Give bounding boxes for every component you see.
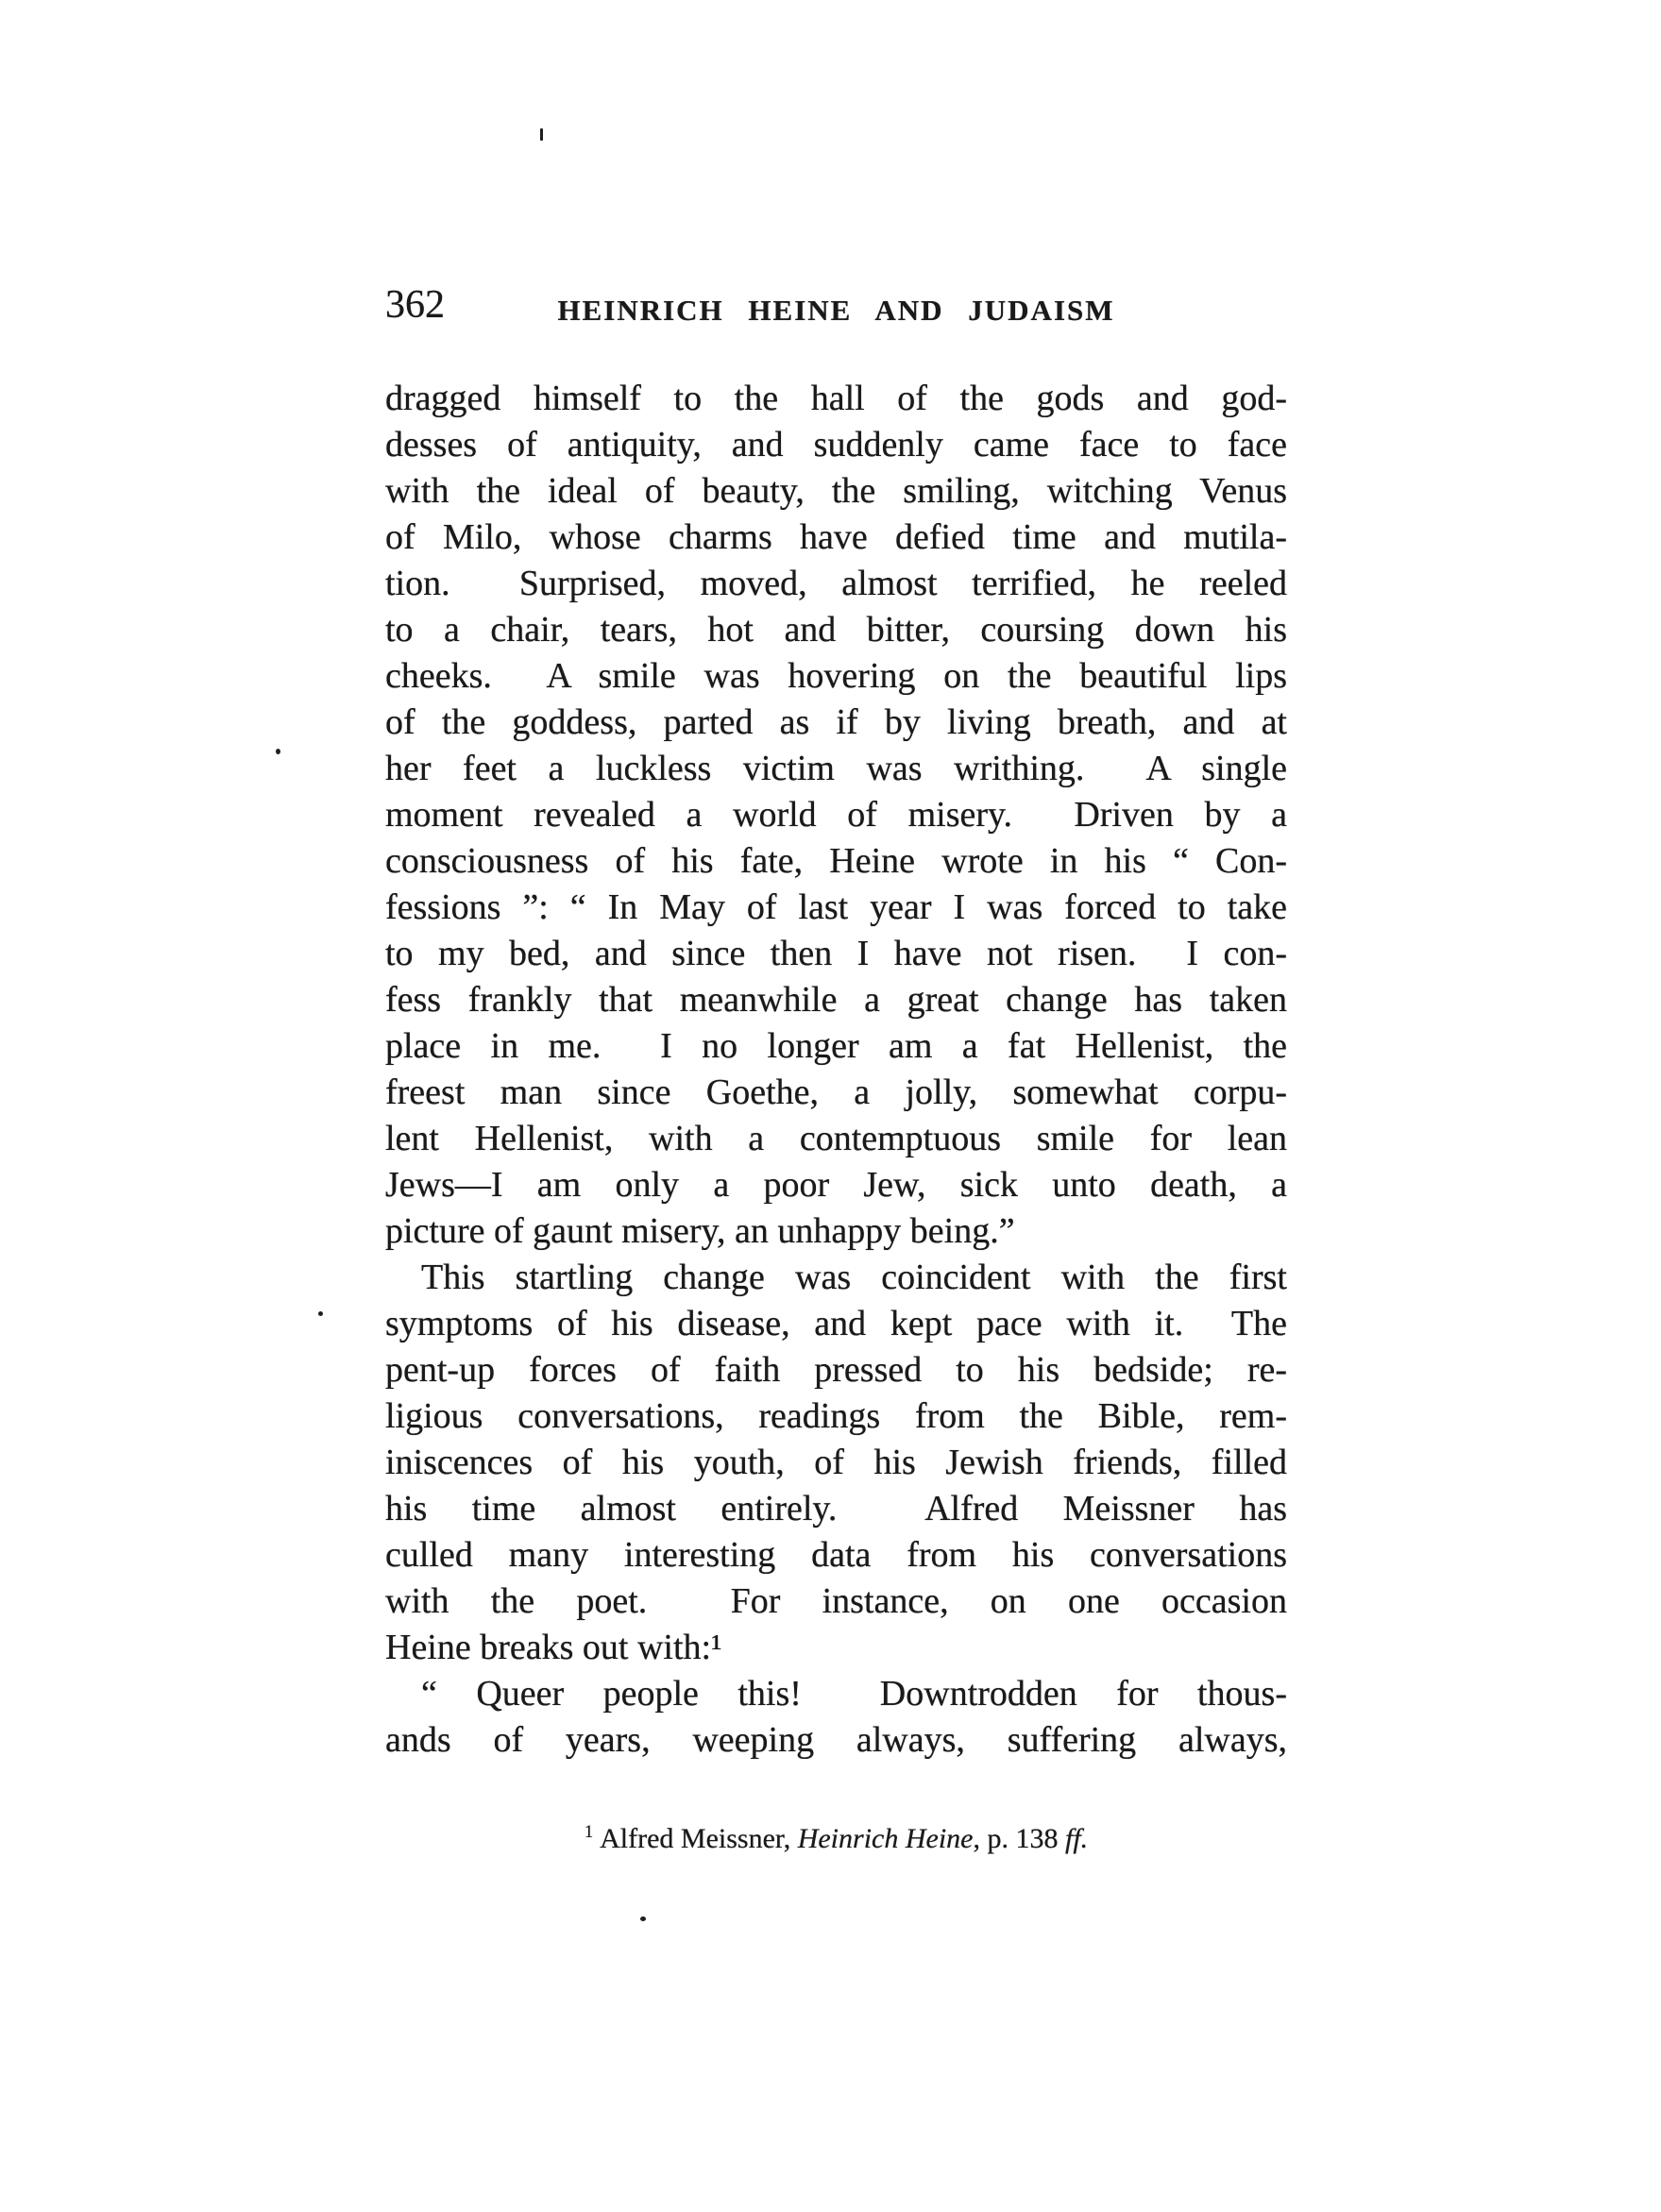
text-line: cheeks. A smile was hovering on the beau… xyxy=(385,653,1287,700)
text-line: Jews—I am only a poor Jew, sick unto dea… xyxy=(385,1162,1287,1208)
scan-artifact-dot xyxy=(276,749,280,754)
scan-artifact-dot xyxy=(640,1917,646,1921)
text-line: moment revealed a world of misery. Drive… xyxy=(385,792,1287,838)
text-line: of the goddess, parted as if by living b… xyxy=(385,700,1287,746)
text-line: to my bed, and since then I have not ris… xyxy=(385,931,1287,977)
text-line: pent-up forces of faith pressed to his b… xyxy=(385,1347,1287,1393)
text-line: to a chair, tears, hot and bitter, cours… xyxy=(385,607,1287,653)
scan-artifact-mark xyxy=(540,128,543,141)
text-line: “ Queer people this! Downtrodden for tho… xyxy=(385,1671,1287,1717)
text-line: culled many interesting data from his co… xyxy=(385,1532,1287,1579)
text-line: fessions ”: “ In May of last year I was … xyxy=(385,885,1287,931)
page-header: 362 HEINRICH HEINE AND JUDAISM xyxy=(385,283,1287,336)
text-line: of Milo, whose charms have defied time a… xyxy=(385,515,1287,561)
text-line: symptoms of his disease, and kept pace w… xyxy=(385,1301,1287,1347)
text-line: ligious conversations, readings from the… xyxy=(385,1393,1287,1440)
footnote-page-ref: , p. 138 xyxy=(973,1823,1065,1854)
text-line: This startling change was coincident wit… xyxy=(385,1255,1287,1301)
footnote-marker: 1 xyxy=(585,1822,593,1842)
footnote-ff: ff. xyxy=(1065,1823,1088,1854)
scan-artifact-dot xyxy=(318,1311,323,1316)
text-line: place in me. I no longer am a fat Hellen… xyxy=(385,1023,1287,1070)
text-line: with the poet. For instance, on one occa… xyxy=(385,1579,1287,1625)
text-line: dragged himself to the hall of the gods … xyxy=(385,376,1287,422)
running-head: HEINRICH HEINE AND JUDAISM xyxy=(385,295,1287,327)
footnote: 1Alfred Meissner, Heinrich Heine, p. 138… xyxy=(385,1815,1287,1857)
text-line: lent Hellenist, with a contemptuous smil… xyxy=(385,1116,1287,1162)
text-line: Heine breaks out with:¹ xyxy=(385,1625,1287,1671)
book-page: 362 HEINRICH HEINE AND JUDAISM dragged h… xyxy=(0,0,1661,2212)
text-line: ands of years, weeping always, suffering… xyxy=(385,1717,1287,1764)
text-line: with the ideal of beauty, the smiling, w… xyxy=(385,468,1287,515)
footnote-author: Alfred Meissner, xyxy=(600,1823,798,1854)
text-line: consciousness of his fate, Heine wrote i… xyxy=(385,838,1287,885)
body-text: dragged himself to the hall of the gods … xyxy=(385,376,1287,1764)
text-line: his time almost entirely. Alfred Meissne… xyxy=(385,1486,1287,1532)
text-line: picture of gaunt misery, an unhappy bein… xyxy=(385,1208,1287,1255)
text-line: fess frankly that meanwhile a great chan… xyxy=(385,977,1287,1023)
text-line: her feet a luckless victim was writhing.… xyxy=(385,746,1287,792)
text-line: freest man since Goethe, a jolly, somewh… xyxy=(385,1070,1287,1116)
text-line: iniscences of his youth, of his Jewish f… xyxy=(385,1440,1287,1486)
footnote-book-title: Heinrich Heine xyxy=(798,1823,974,1854)
text-line: desses of antiquity, and suddenly came f… xyxy=(385,422,1287,468)
text-line: tion. Surprised, moved, almost terrified… xyxy=(385,561,1287,607)
